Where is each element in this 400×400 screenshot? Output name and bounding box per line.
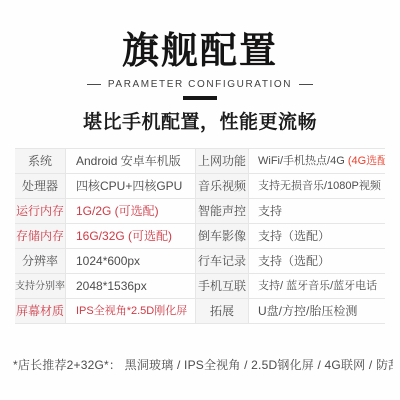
header: 旗舰配置 PARAMETER CONFIGURATION 堪比手机配置，性能更流… — [0, 0, 400, 134]
spec-label-ram: 运行内存 — [15, 199, 65, 224]
subtitle-line-left — [87, 84, 101, 85]
spec-value-storage: 16G/32G (可选配) — [65, 224, 195, 249]
divider-bar — [183, 96, 217, 100]
subtitle-row: PARAMETER CONFIGURATION — [0, 79, 400, 90]
spec-label-max-resolution: 支持分别率 — [15, 274, 65, 299]
spec-label-dashcam: 行车记录 — [195, 249, 248, 274]
spec-label-music-video: 音乐视频 — [195, 174, 248, 199]
spec-value-max-resolution: 2048*1536px — [65, 274, 195, 299]
spec-label-system: 系统 — [15, 149, 65, 174]
spec-label-storage: 存储内存 — [15, 224, 65, 249]
tagline: 堪比手机配置，性能更流畅 — [0, 107, 400, 134]
spec-value-dashcam: 支持（选配） — [248, 249, 385, 274]
spec-label-screen-material: 屏幕材质 — [15, 299, 65, 324]
spec-label-reverse-camera: 倒车影像 — [195, 224, 248, 249]
spec-label-voice-control: 智能声控 — [195, 199, 248, 224]
spec-value-system: Android 安卓车机版 — [65, 149, 195, 174]
spec-value-phone-link: 支持/ 蓝牙音乐/蓝牙电话 — [248, 274, 385, 299]
spec-value-voice-control: 支持 — [248, 199, 385, 224]
spec-value-expansion: U盘/方控/胎压检测 — [248, 299, 385, 324]
spec-table: 系统 Android 安卓车机版 上网功能 WiFi/手机热点/4G (4G选配… — [15, 148, 385, 324]
subtitle-line-right — [299, 84, 313, 85]
spec-value-network: WiFi/手机热点/4G (4G选配) — [248, 149, 385, 174]
spec-label-resolution: 分辨率 — [15, 249, 65, 274]
footnote: *店长推荐2+32G*： 黑洞玻璃 / IPS全视角 / 2.5D钢化屏 / 4… — [13, 356, 393, 373]
spec-value-reverse-camera: 支持（选配） — [248, 224, 385, 249]
spec-value-network-option: (4G选配) — [348, 155, 385, 167]
page-title: 旗舰配置 — [0, 0, 400, 72]
subtitle-text: PARAMETER CONFIGURATION — [108, 79, 292, 90]
spec-value-music-video: 支持无损音乐/1080P视频 — [248, 174, 385, 199]
spec-value-resolution: 1024*600px — [65, 249, 195, 274]
spec-label-phone-link: 手机互联 — [195, 274, 248, 299]
spec-value-screen-material: IPS全视角*2.5D刚化屏 — [65, 299, 195, 324]
spec-label-network: 上网功能 — [195, 149, 248, 174]
spec-value-ram: 1G/2G (可选配) — [65, 199, 195, 224]
spec-label-expansion: 拓展 — [195, 299, 248, 324]
spec-label-cpu: 处理器 — [15, 174, 65, 199]
spec-value-network-main: WiFi/手机热点/4G — [258, 155, 345, 167]
spec-value-cpu: 四核CPU+四核GPU — [65, 174, 195, 199]
